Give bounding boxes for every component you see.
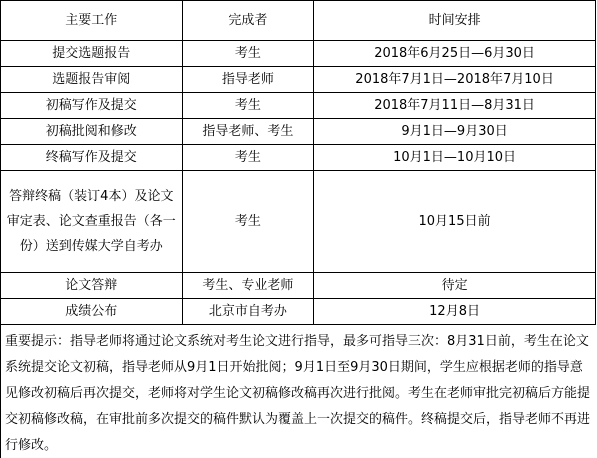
cell-task: 答辩终稿（装订4本）及论文审定表、论文查重报告（各一份）送到传媒大学自考办 bbox=[1, 171, 183, 273]
cell-task: 提交选题报告 bbox=[1, 41, 183, 67]
cell-task: 初稿写作及提交 bbox=[1, 93, 183, 119]
cell-owner: 指导老师、考生 bbox=[182, 119, 314, 145]
table-row: 初稿写作及提交 考生 2018年7月11日—8月31日 bbox=[1, 93, 596, 119]
table-row: 选题报告审阅 指导老师 2018年7月1日—2018年7月10日 bbox=[1, 67, 596, 93]
header-task: 主要工作 bbox=[1, 1, 183, 41]
cell-task: 论文答辩 bbox=[1, 273, 183, 299]
cell-owner: 指导老师 bbox=[182, 67, 314, 93]
cell-time: 2018年6月25日—6月30日 bbox=[314, 41, 596, 67]
cell-owner: 北京市自考办 bbox=[182, 299, 314, 325]
important-note: 重要提示：指导老师将通过论文系统对考生论文进行指导，最多可指导三次：8月31日前… bbox=[1, 325, 596, 458]
cell-task: 终稿写作及提交 bbox=[1, 145, 183, 171]
cell-owner: 考生、专业老师 bbox=[182, 273, 314, 299]
table-row: 成绩公布 北京市自考办 12月8日 bbox=[1, 299, 596, 325]
header-owner: 完成者 bbox=[182, 1, 314, 41]
cell-task: 选题报告审阅 bbox=[1, 67, 183, 93]
cell-task: 初稿批阅和修改 bbox=[1, 119, 183, 145]
cell-task: 成绩公布 bbox=[1, 299, 183, 325]
table-row: 终稿写作及提交 考生 10月1日—10月10日 bbox=[1, 145, 596, 171]
cell-time: 12月8日 bbox=[314, 299, 596, 325]
table-row: 论文答辩 考生、专业老师 待定 bbox=[1, 273, 596, 299]
table-header-row: 主要工作 完成者 时间安排 bbox=[1, 1, 596, 41]
cell-time: 2018年7月1日—2018年7月10日 bbox=[314, 67, 596, 93]
cell-time: 10月1日—10月10日 bbox=[314, 145, 596, 171]
cell-owner: 考生 bbox=[182, 93, 314, 119]
cell-owner: 考生 bbox=[182, 41, 314, 67]
cell-time: 9月1日—9月30日 bbox=[314, 119, 596, 145]
schedule-table: 主要工作 完成者 时间安排 提交选题报告 考生 2018年6月25日—6月30日… bbox=[0, 0, 596, 458]
cell-time: 10月15日前 bbox=[314, 171, 596, 273]
cell-owner: 考生 bbox=[182, 171, 314, 273]
cell-time: 2018年7月11日—8月31日 bbox=[314, 93, 596, 119]
table-row: 初稿批阅和修改 指导老师、考生 9月1日—9月30日 bbox=[1, 119, 596, 145]
cell-owner: 考生 bbox=[182, 145, 314, 171]
table-row: 答辩终稿（装订4本）及论文审定表、论文查重报告（各一份）送到传媒大学自考办 考生… bbox=[1, 171, 596, 273]
table-row: 提交选题报告 考生 2018年6月25日—6月30日 bbox=[1, 41, 596, 67]
note-row: 重要提示：指导老师将通过论文系统对考生论文进行指导，最多可指导三次：8月31日前… bbox=[1, 325, 596, 458]
header-time: 时间安排 bbox=[314, 1, 596, 41]
cell-time: 待定 bbox=[314, 273, 596, 299]
